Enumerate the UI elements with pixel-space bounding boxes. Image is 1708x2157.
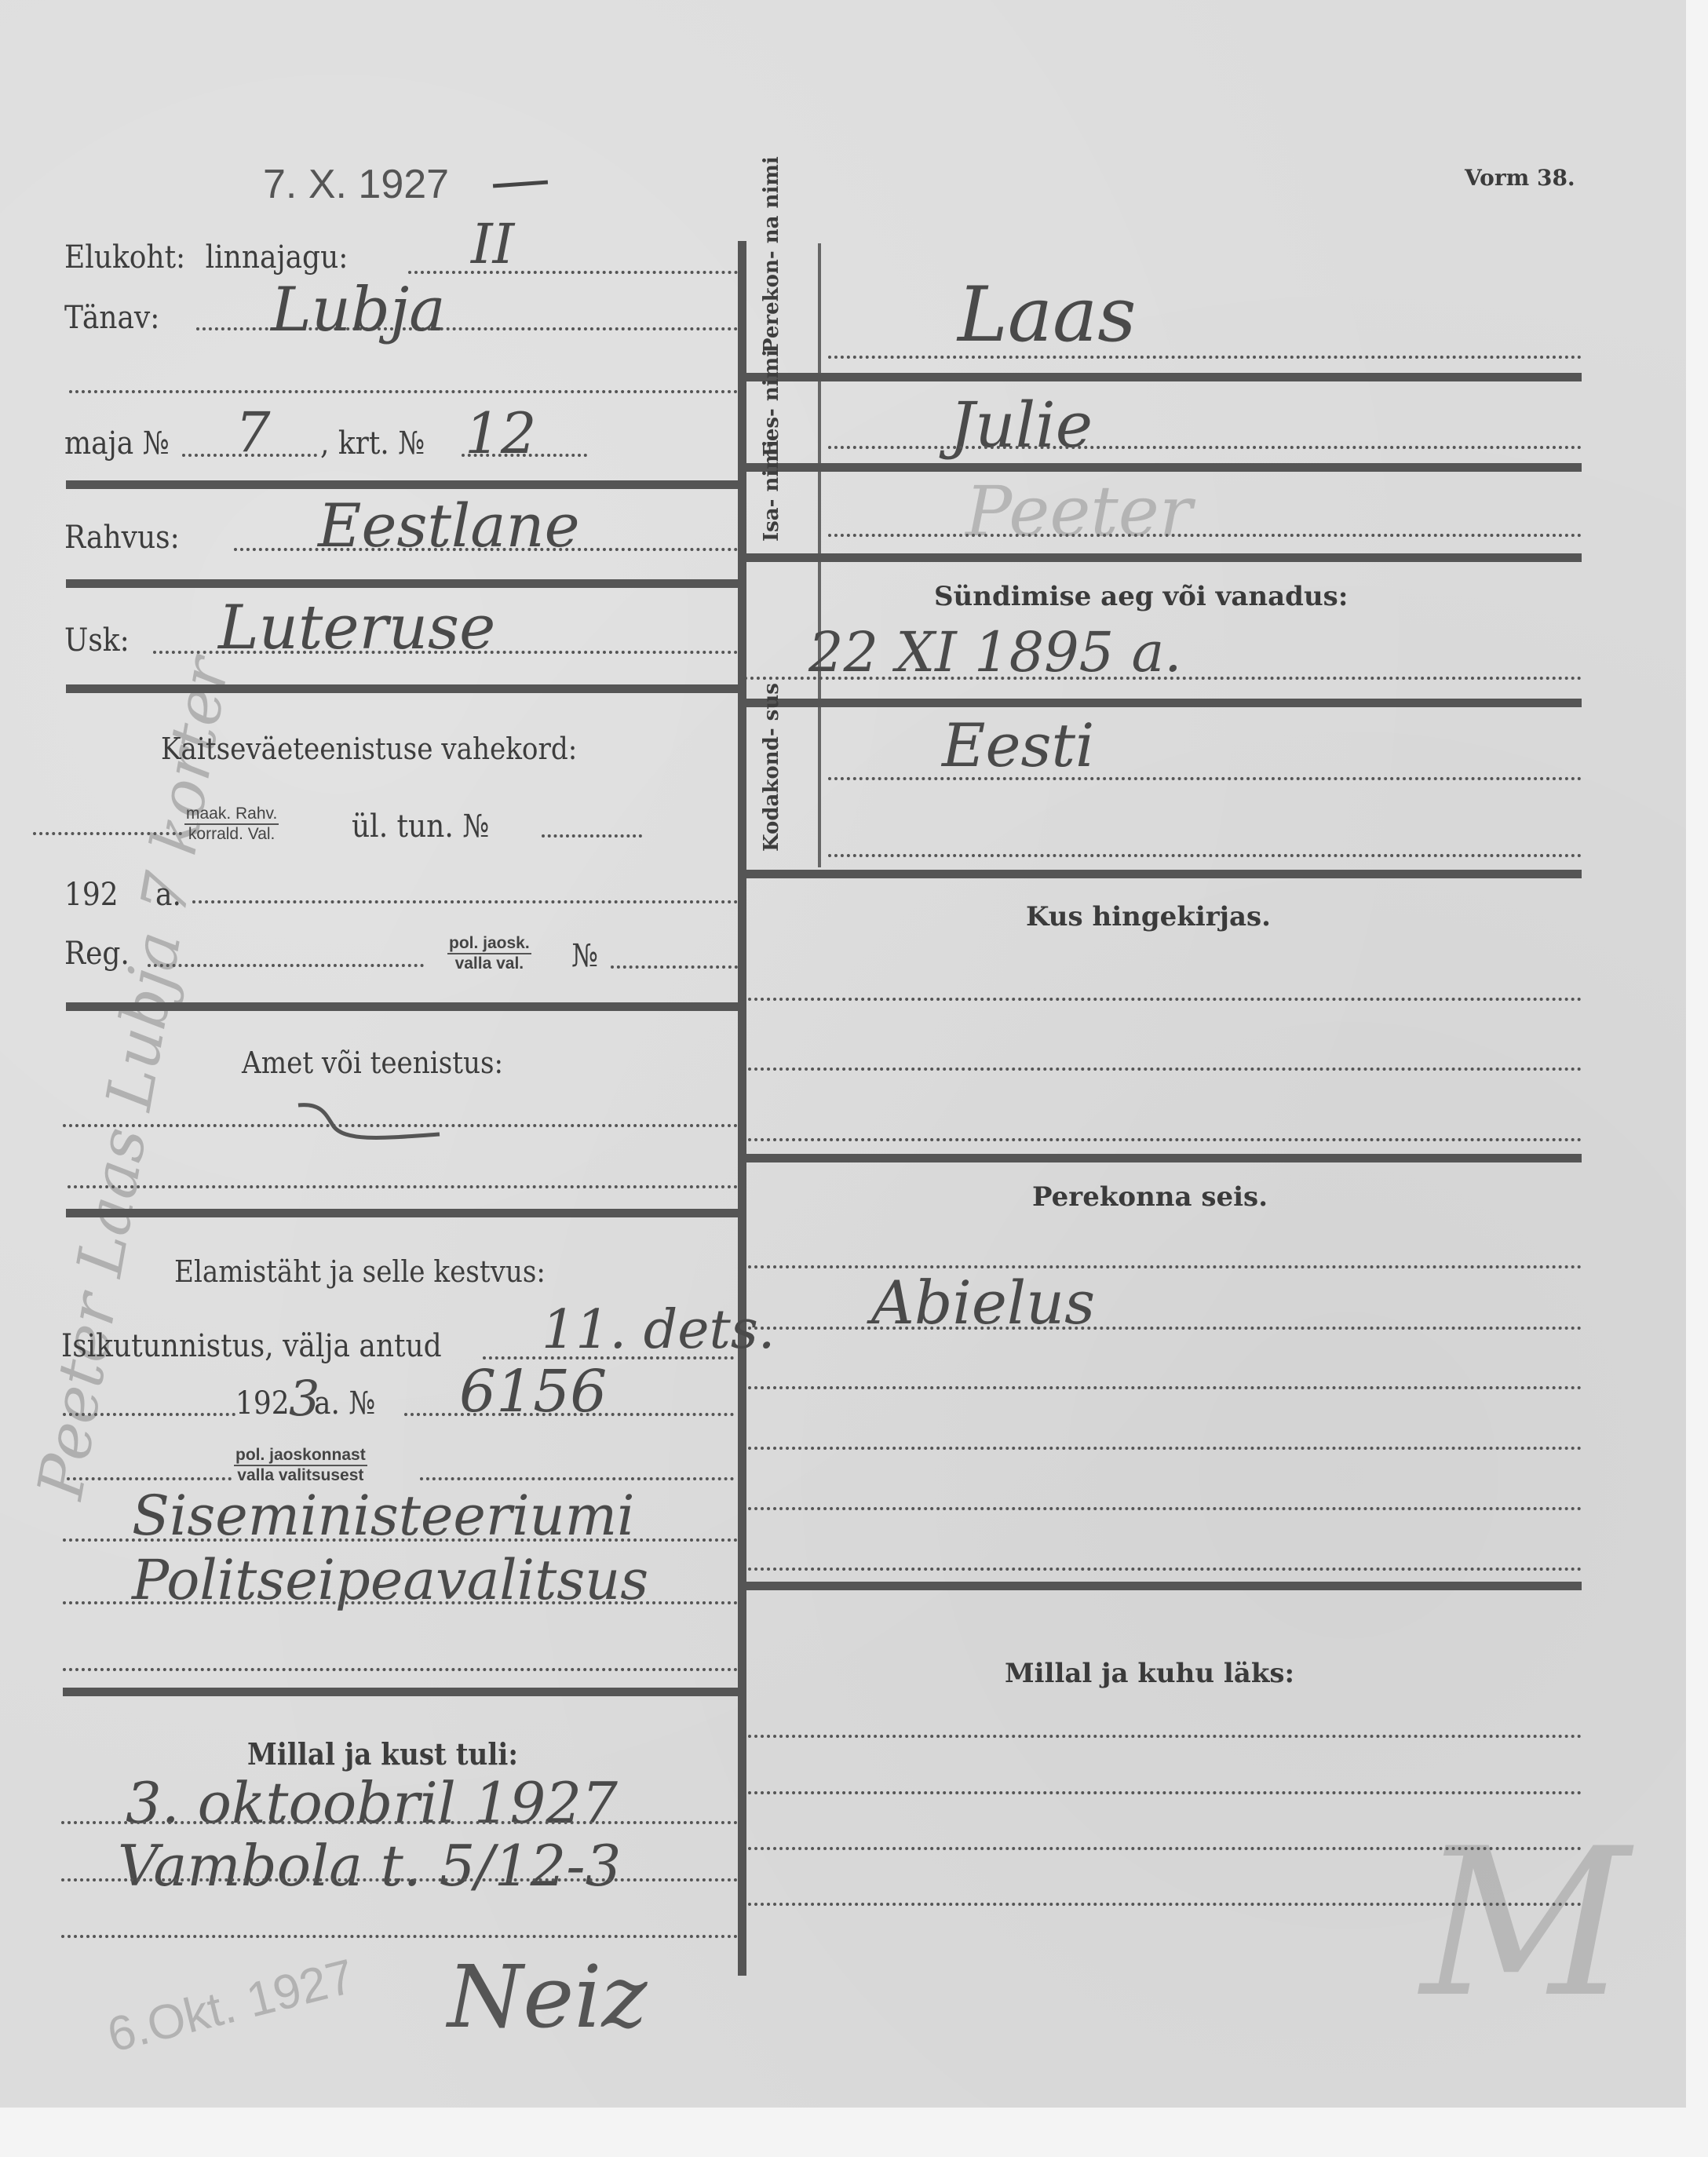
reg-no-line	[611, 965, 738, 969]
year-192: 192	[64, 877, 119, 913]
linnajagu-line	[408, 271, 738, 274]
perekonnanimi-line	[828, 356, 1582, 359]
kaitse-ul-tun: ül. tun. №	[352, 808, 489, 845]
margin-pencil-note: Peeter Laas Lubja 7 korter	[24, 652, 243, 1504]
maja-label: maja №	[64, 425, 170, 462]
year-a: a.	[155, 877, 181, 913]
signature: Neiz	[447, 1947, 647, 2047]
isikut-label: Isikutunnistus, välja antud	[61, 1328, 442, 1364]
divider-left-1	[66, 480, 738, 489]
divider-left-6	[63, 1688, 738, 1696]
hingekirjas-heading: Kus hingekirjas.	[1026, 901, 1271, 933]
issuer-fraction: pol. jaoskonnast valla valitsusest	[234, 1446, 367, 1485]
elukoht-label-text: Elukoht:	[64, 239, 185, 276]
perekonna-seis-line-1	[742, 1265, 1582, 1268]
year-line	[192, 900, 738, 903]
issuer-line-1-rule	[63, 1538, 738, 1542]
reg-label: Reg.	[64, 936, 130, 972]
kodakondsus-label: Kodakond- sus	[760, 703, 783, 852]
tuli-line-1-rule	[61, 1821, 738, 1824]
tanav-line-2	[69, 390, 738, 393]
perekonna-seis-line-5	[742, 1507, 1582, 1510]
tuli-line-2: Vambola t. 5/12-3	[118, 1833, 621, 1899]
date-stamp-top: 7. X. 1927	[263, 161, 449, 208]
divider-right-4	[742, 699, 1582, 707]
date-stamp-bottom: 6.Okt. 1927	[102, 1948, 359, 2063]
tuli-line-1: 3. oktoobril 1927	[126, 1770, 618, 1836]
maja-value: 7	[235, 400, 271, 465]
usk-value: Luteruse	[218, 593, 495, 663]
rahvus-value: Eestlane	[318, 491, 580, 560]
krt-value: 12	[465, 400, 537, 466]
sundimise-value: 22 XI 1895 a.	[808, 620, 1181, 684]
divider-right-3	[742, 553, 1582, 562]
amet-dash-mark	[290, 1099, 447, 1146]
issuer-frac-bottom: valla valitsusest	[234, 1466, 367, 1485]
pencil-mark-right: M	[1421, 1805, 1630, 2042]
tanav-value: Lubja	[271, 275, 446, 345]
reg-no: №	[571, 938, 598, 974]
eesnimi-line	[828, 446, 1582, 449]
linnajagu-value: II	[471, 212, 514, 276]
tanav-label: Tänav:	[64, 300, 159, 336]
reg-frac-bottom: valla val.	[447, 954, 531, 973]
kodakondsus-line-1	[828, 777, 1582, 780]
sundimise-heading: Sündimise aeg või vanadus:	[934, 581, 1348, 612]
amet-line-2	[68, 1185, 738, 1188]
form-id: Vorm 38.	[1465, 165, 1575, 191]
divider-left-5	[66, 1209, 738, 1217]
reg-fraction: pol. jaosk. valla val.	[447, 934, 531, 973]
divider-left-2	[66, 579, 738, 588]
reg-frac-top: pol. jaosk.	[447, 934, 531, 954]
kodakondsus-line-2	[828, 854, 1582, 857]
isikut-date: 11. dets.	[542, 1299, 775, 1361]
isanimi-pencil: Peeter	[965, 471, 1192, 552]
perekonna-seis-line-3	[742, 1386, 1582, 1389]
eesnimi-value: Julie	[950, 389, 1093, 462]
issuer-frac-line-left	[67, 1477, 232, 1480]
isikut-year-prefix: 192	[235, 1385, 290, 1422]
perekonnanimi-value: Laas	[958, 271, 1136, 359]
isanimi-line	[828, 534, 1582, 537]
divider-right-6	[742, 1154, 1582, 1162]
usk-label: Usk:	[64, 622, 130, 659]
divider-right-1	[742, 373, 1582, 381]
issuer-frac-top: pol. jaoskonnast	[234, 1446, 367, 1466]
isikut-number: 6156	[459, 1358, 607, 1425]
stamp-dash	[493, 181, 548, 188]
center-divider	[738, 241, 746, 1976]
perekonnanimi-label: Perekon- na nimi	[760, 243, 783, 353]
kaitse-fraction: maak. Rahv. korrald. Val.	[184, 805, 279, 844]
hingekirjas-line-1	[742, 998, 1582, 1001]
linnajagu-label: linnajagu:	[206, 239, 349, 276]
reg-line	[148, 964, 424, 967]
divider-left-4	[66, 1002, 738, 1011]
laks-heading: Millal ja kuhu läks:	[1005, 1658, 1294, 1689]
perekonna-seis-line-4	[742, 1447, 1582, 1450]
hingekirjas-line-2	[742, 1068, 1582, 1071]
laks-line-2	[742, 1791, 1582, 1794]
issuer-line-3-rule	[63, 1668, 738, 1671]
sundimise-line	[744, 677, 1582, 680]
registration-card: 7. X. 1927 Vorm 38. Peeter Laas Lubja 7 …	[0, 0, 1686, 2108]
kaitse-frac-bottom: korrald. Val.	[184, 825, 279, 844]
perekonna-seis-line-2	[742, 1327, 1582, 1330]
isikut-year-line	[63, 1413, 235, 1416]
divider-left-3	[66, 684, 738, 693]
divider-right-7	[742, 1582, 1582, 1590]
kaitse-frac-top: maak. Rahv.	[184, 805, 279, 825]
hingekirjas-line-3	[742, 1138, 1582, 1141]
amet-heading: Amet või teenistus:	[242, 1046, 503, 1080]
tuli-line-2-rule	[61, 1878, 738, 1881]
kaitse-line-1	[33, 832, 182, 835]
kaitse-number-line	[542, 834, 642, 838]
elukoht-label: Elukoht: linnajagu:	[64, 239, 348, 276]
issuer-frac-line-right	[420, 1477, 734, 1480]
perekonna-seis-heading: Perekonna seis.	[1032, 1181, 1268, 1213]
divider-right-5	[742, 870, 1582, 878]
kaitse-heading: Kaitseväeteenistuse vahekord:	[161, 732, 577, 766]
isanimi-label: Isa- nimi	[760, 463, 783, 542]
rahvus-label: Rahvus:	[64, 520, 180, 556]
elamis-heading: Elamistäht ja selle kestvus:	[174, 1254, 546, 1289]
tuli-heading: Millal ja kust tuli:	[247, 1736, 518, 1772]
tuli-line-3-rule	[61, 1935, 738, 1938]
perekonna-seis-line-6	[742, 1568, 1582, 1571]
issuer-line-2-rule	[63, 1601, 738, 1604]
kodakondsus-value: Eesti	[942, 710, 1094, 780]
isikut-year-suffix: a. №	[314, 1385, 375, 1422]
laks-line-1	[742, 1735, 1582, 1738]
krt-label: , krt. №	[320, 425, 425, 462]
